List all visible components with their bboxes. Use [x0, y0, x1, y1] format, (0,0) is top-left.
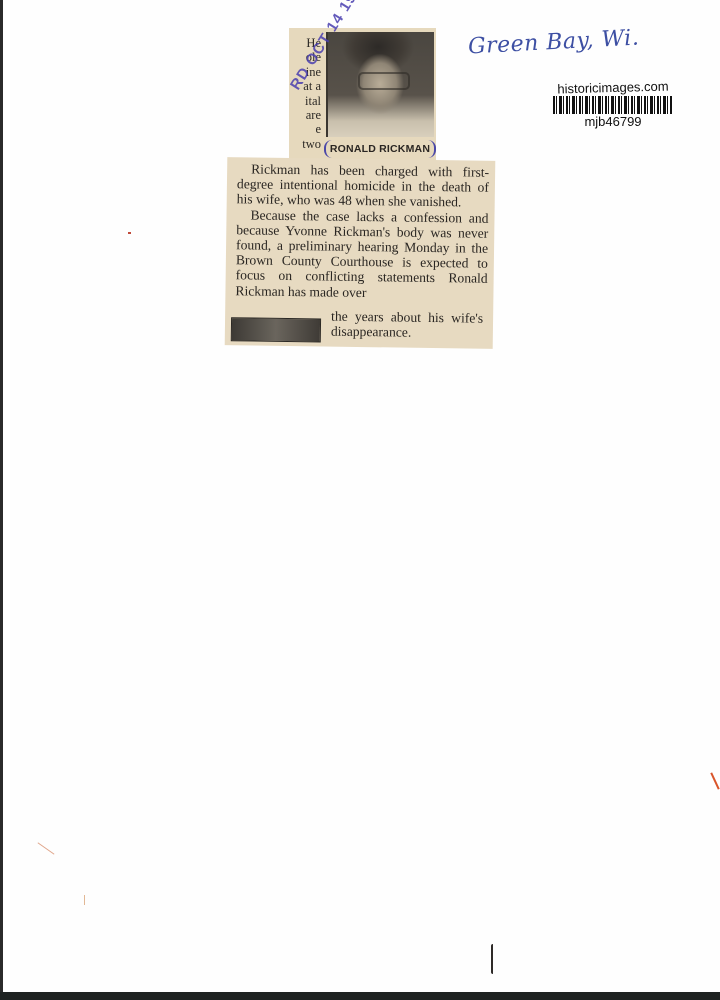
article-clipping: Rickman has been charged with first-degr…	[225, 157, 496, 349]
adjacent-photo-fragment	[231, 317, 321, 342]
article-paragraph: Because the case lacks a confession and …	[235, 207, 488, 302]
barcode-icon	[553, 96, 673, 114]
handwritten-location-note: Green Bay, Wi.	[467, 26, 639, 60]
glasses-detail	[358, 72, 410, 90]
photo-clipping: He ole ine at a ital are e two RONALD RI…	[289, 28, 436, 163]
scan-streak	[710, 772, 719, 789]
scan-speck	[128, 232, 131, 234]
scan-speck	[84, 895, 85, 905]
article-tail: the years about his wife's disappearance…	[331, 309, 483, 342]
watermark-code: mjb46799	[552, 114, 674, 129]
watermark-site: historicimages.com	[552, 78, 674, 96]
scan-border-bottom	[0, 992, 720, 1000]
portrait-photo	[326, 32, 434, 137]
scan-border-left	[0, 0, 3, 1000]
article-text: Rickman has been charged with first-degr…	[235, 161, 489, 301]
photo-caption: RONALD RICKMAN	[324, 140, 436, 158]
watermark-label: historicimages.com mjb46799	[552, 80, 674, 129]
article-paragraph: Rickman has been charged with first-degr…	[237, 161, 490, 210]
pen-mark	[491, 944, 495, 974]
scan-streak	[38, 842, 55, 854]
